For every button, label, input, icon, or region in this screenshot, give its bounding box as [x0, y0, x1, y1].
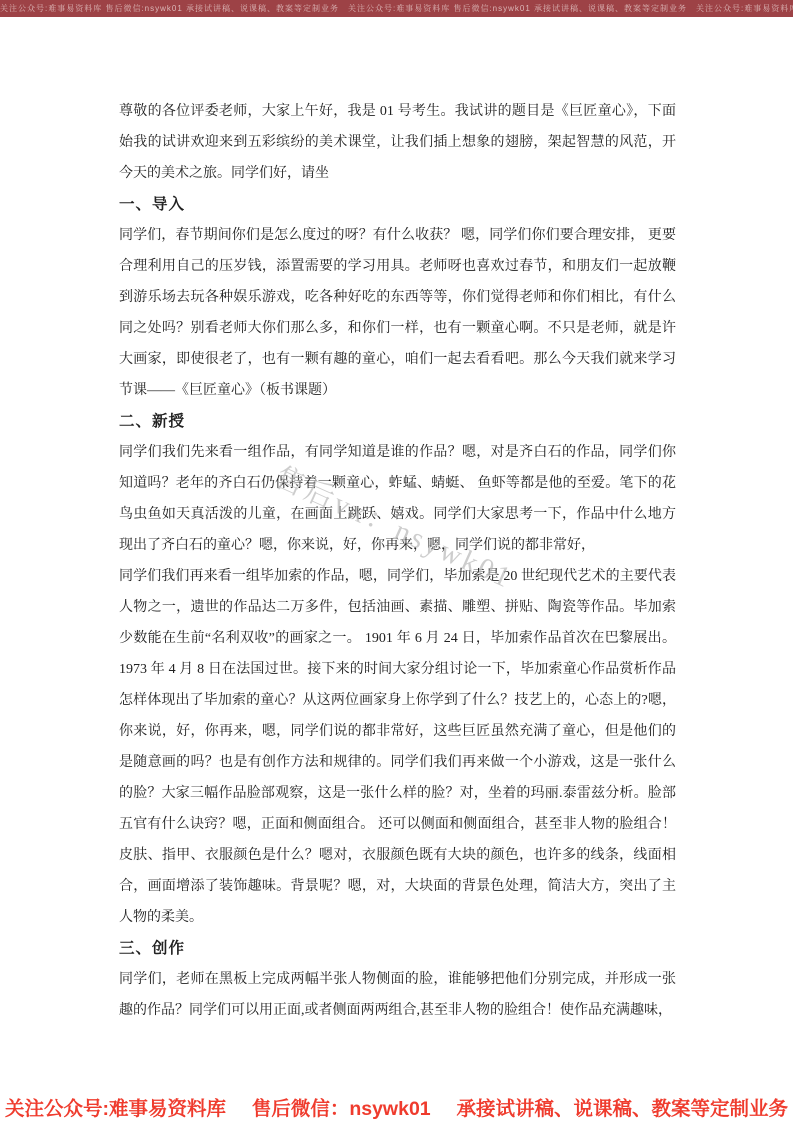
text-line: 是随意画的吗？也是有创作方法和规律的。同学们我们再来做一个小游戏，这是一张什么样 — [119, 747, 676, 778]
text-line: 皮肤、指甲、衣服颜色是什么？嗯对，衣服颜色既有大块的颜色，也许多的线条，线面相结 — [119, 840, 676, 871]
text-line: 你来说，好，你再来，嗯，同学们说的都非常好，这些巨匠虽然充满了童心，但是他们的画 — [119, 716, 676, 747]
footer-promo: 关注公众号:难事易资料库 售后微信：nsywk01 承接试讲稿、说课稿、教案等定… — [0, 1094, 793, 1120]
text-line: 同学们我们再来看一组毕加索的作品，嗯，同学们，毕加索是 20 世纪现代艺术的主要… — [119, 561, 676, 592]
promo-banner: 关注公众号:难事易资料库 售后微信:nsywk01 承接试讲稿、说课稿、教案等定… — [0, 0, 793, 17]
text-line: 人物的柔美。 — [119, 902, 676, 933]
text-line: 同学们，老师在黑板上完成两幅半张人物侧面的脸，谁能够把他们分别完成，并形成一张有 — [119, 964, 676, 995]
text-line: 到游乐场去玩各种娱乐游戏，吃各种好吃的东西等等，你们觉得老师和你们相比，有什么共 — [119, 282, 676, 313]
text-line: 趣的作品？同学们可以用正面,或者侧面两两组合,甚至非人物的脸组合！使作品充满趣味… — [119, 995, 676, 1026]
text-line: 同学们，春节期间你们是怎么度过的呀？有什么收获？ 嗯，同学们你们要合理安排， 更… — [119, 220, 676, 251]
text-line: 现出了齐白石的童心？嗯，你来说，好，你再来，嗯，同学们说的都非常好， — [119, 530, 676, 561]
text-line: 尊敬的各位评委老师，大家上午好，我是 01 号考生。我试讲的题目是《巨匠童心》，… — [119, 96, 676, 127]
text-line: 合，画面增添了装饰趣味。背景呢？嗯，对，大块面的背景色处理，简洁大方，突出了主体 — [119, 871, 676, 902]
text-line: 合理利用自己的压岁钱，添置需要的学习用具。老师呀也喜欢过春节，和朋友们一起放鞭炮… — [119, 251, 676, 282]
text-line: 的脸？大家三幅作品脸部观察，这是一张什么样的脸？对，坐着的玛丽.泰雷兹分析。脸部 — [119, 778, 676, 809]
text-line: 同学们我们先来看一组作品，有同学知道是谁的作品？嗯，对是齐白石的作品，同学们你们 — [119, 437, 676, 468]
text-line: 今天的美术之旅。同学们好，请坐 — [119, 158, 676, 189]
text-line: 大画家，即使很老了，也有一颗有趣的童心，咱们一起去看看吧。那么今天我们就来学习这 — [119, 344, 676, 375]
text-line: 知道吗？老年的齐白石仍保持着一颗童心，蚱蜢、蜻蜓、 鱼虾等都是他的至爱。笔下的花 — [119, 468, 676, 499]
document-body: 尊敬的各位评委老师，大家上午好，我是 01 号考生。我试讲的题目是《巨匠童心》，… — [119, 96, 676, 1026]
text-line: 1973 年 4 月 8 日在法国过世。接下来的时间大家分组讨论一下，毕加索童心… — [119, 654, 676, 685]
text-line: 鸟虫鱼如天真活泼的儿童，在画面上跳跃、嬉戏。同学们大家思考一下，作品中什么地方体 — [119, 499, 676, 530]
text-line: 怎样体现出了毕加索的童心？从这两位画家身上你学到了什么？技艺上的，心态上的?嗯， — [119, 685, 676, 716]
text-line: 五官有什么诀窍？嗯，正面和侧面组合。 还可以侧面和侧面组合，甚至非人物的脸组合！ — [119, 809, 676, 840]
footer-segment-wechat: 售后微信：nsywk01 — [252, 1093, 431, 1121]
text-line: 少数能在生前“名利双收”的画家之一。 1901 年 6 月 24 日，毕加索作品… — [119, 623, 676, 654]
footer-segment-account: 关注公众号:难事易资料库 — [5, 1093, 226, 1121]
text-line: 同之处吗？别看老师大你们那么多，和你们一样，也有一颗童心啊。不只是老师，就是许多 — [119, 313, 676, 344]
promo-banner-track: 关注公众号:难事易资料库 售后微信:nsywk01 承接试讲稿、说课稿、教案等定… — [0, 4, 793, 13]
text-line: 节课——《巨匠童心》（板书课题） — [119, 375, 676, 406]
text-line: 始我的试讲欢迎来到五彩缤纷的美术课堂，让我们插上想象的翅膀，架起智慧的风范，开启 — [119, 127, 676, 158]
text-line: 人物之一，遗世的作品达二万多件，包括油画、素描、雕塑、拼贴、陶瓷等作品。毕加索是 — [119, 592, 676, 623]
section-heading: 二、新授 — [119, 406, 676, 437]
section-heading: 三、创作 — [119, 933, 676, 964]
footer-segment-services: 承接试讲稿、说课稿、教案等定制业务 — [456, 1093, 788, 1121]
section-heading: 一、导入 — [119, 189, 676, 220]
